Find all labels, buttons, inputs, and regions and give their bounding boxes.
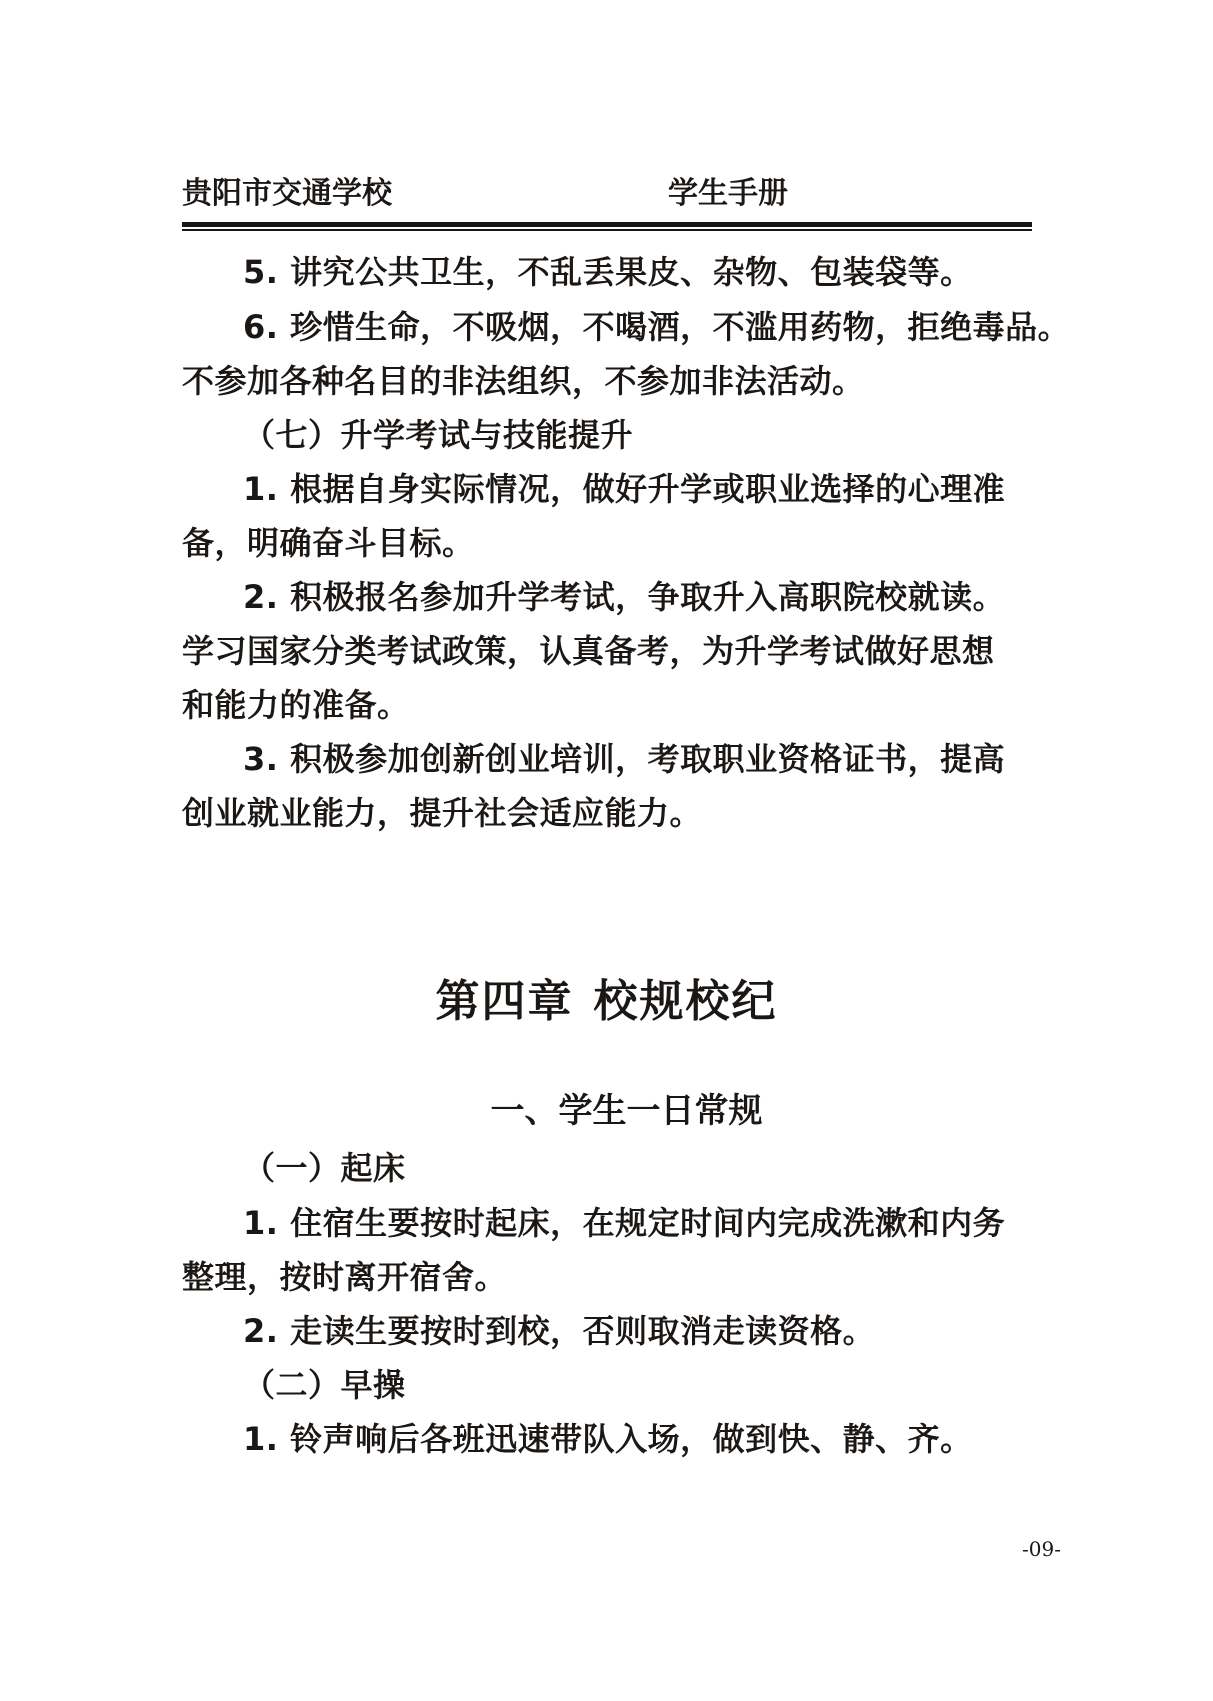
paragraph-line: 1. 住宿生要按时起床，在规定时间内完成洗漱和内务 (243, 1203, 1005, 1243)
subsection-heading: （二）早操 (243, 1365, 406, 1405)
header-document-title: 学生手册 (668, 176, 788, 212)
paragraph-line: 不参加各种名目的非法组织，不参加非法活动。 (182, 361, 865, 401)
header-rule-thick (182, 222, 1032, 227)
subsection-heading: （七）升学考试与技能提升 (243, 415, 633, 455)
header-school-name: 贵阳市交通学校 (182, 176, 392, 212)
paragraph-line: 2. 走读生要按时到校，否则取消走读资格。 (243, 1311, 875, 1351)
page-number: -09- (1022, 1537, 1061, 1561)
paragraph-line: 3. 积极参加创新创业培训，考取职业资格证书，提高 (243, 739, 1005, 779)
paragraph-line: 整理，按时离开宿舍。 (182, 1257, 507, 1297)
header-rule-thin (182, 229, 1032, 231)
chapter-name: 校规校纪 (594, 976, 778, 1027)
paragraph-line: 5. 讲究公共卫生，不乱丢果皮、杂物、包装袋等。 (243, 252, 973, 292)
paragraph-line: 备，明确奋斗目标。 (182, 523, 475, 563)
paragraph-line: 创业就业能力，提升社会适应能力。 (182, 793, 702, 833)
subsection-heading: （一）起床 (243, 1148, 406, 1188)
paragraph-line: 2. 积极报名参加升学考试，争取升入高职院校就读。 (243, 577, 1005, 617)
chapter-title: 第四章校规校纪 (0, 975, 1213, 1029)
chapter-number: 第四章 (436, 976, 574, 1027)
paragraph-line: 学习国家分类考试政策，认真备考，为升学考试做好思想 (182, 631, 995, 671)
paragraph-line: 6. 珍惜生命，不吸烟，不喝酒，不滥用药物，拒绝毒品。 (243, 307, 1070, 347)
document-page: 贵阳市交通学校 学生手册 5. 讲究公共卫生，不乱丢果皮、杂物、包装袋等。 6.… (0, 0, 1213, 1701)
paragraph-line: 1. 铃声响后各班迅速带队入场，做到快、静、齐。 (243, 1419, 973, 1459)
paragraph-line: 1. 根据自身实际情况，做好升学或职业选择的心理准 (243, 469, 1005, 509)
paragraph-line: 和能力的准备。 (182, 685, 410, 725)
section-title: 一、学生一日常规 (0, 1090, 1213, 1132)
